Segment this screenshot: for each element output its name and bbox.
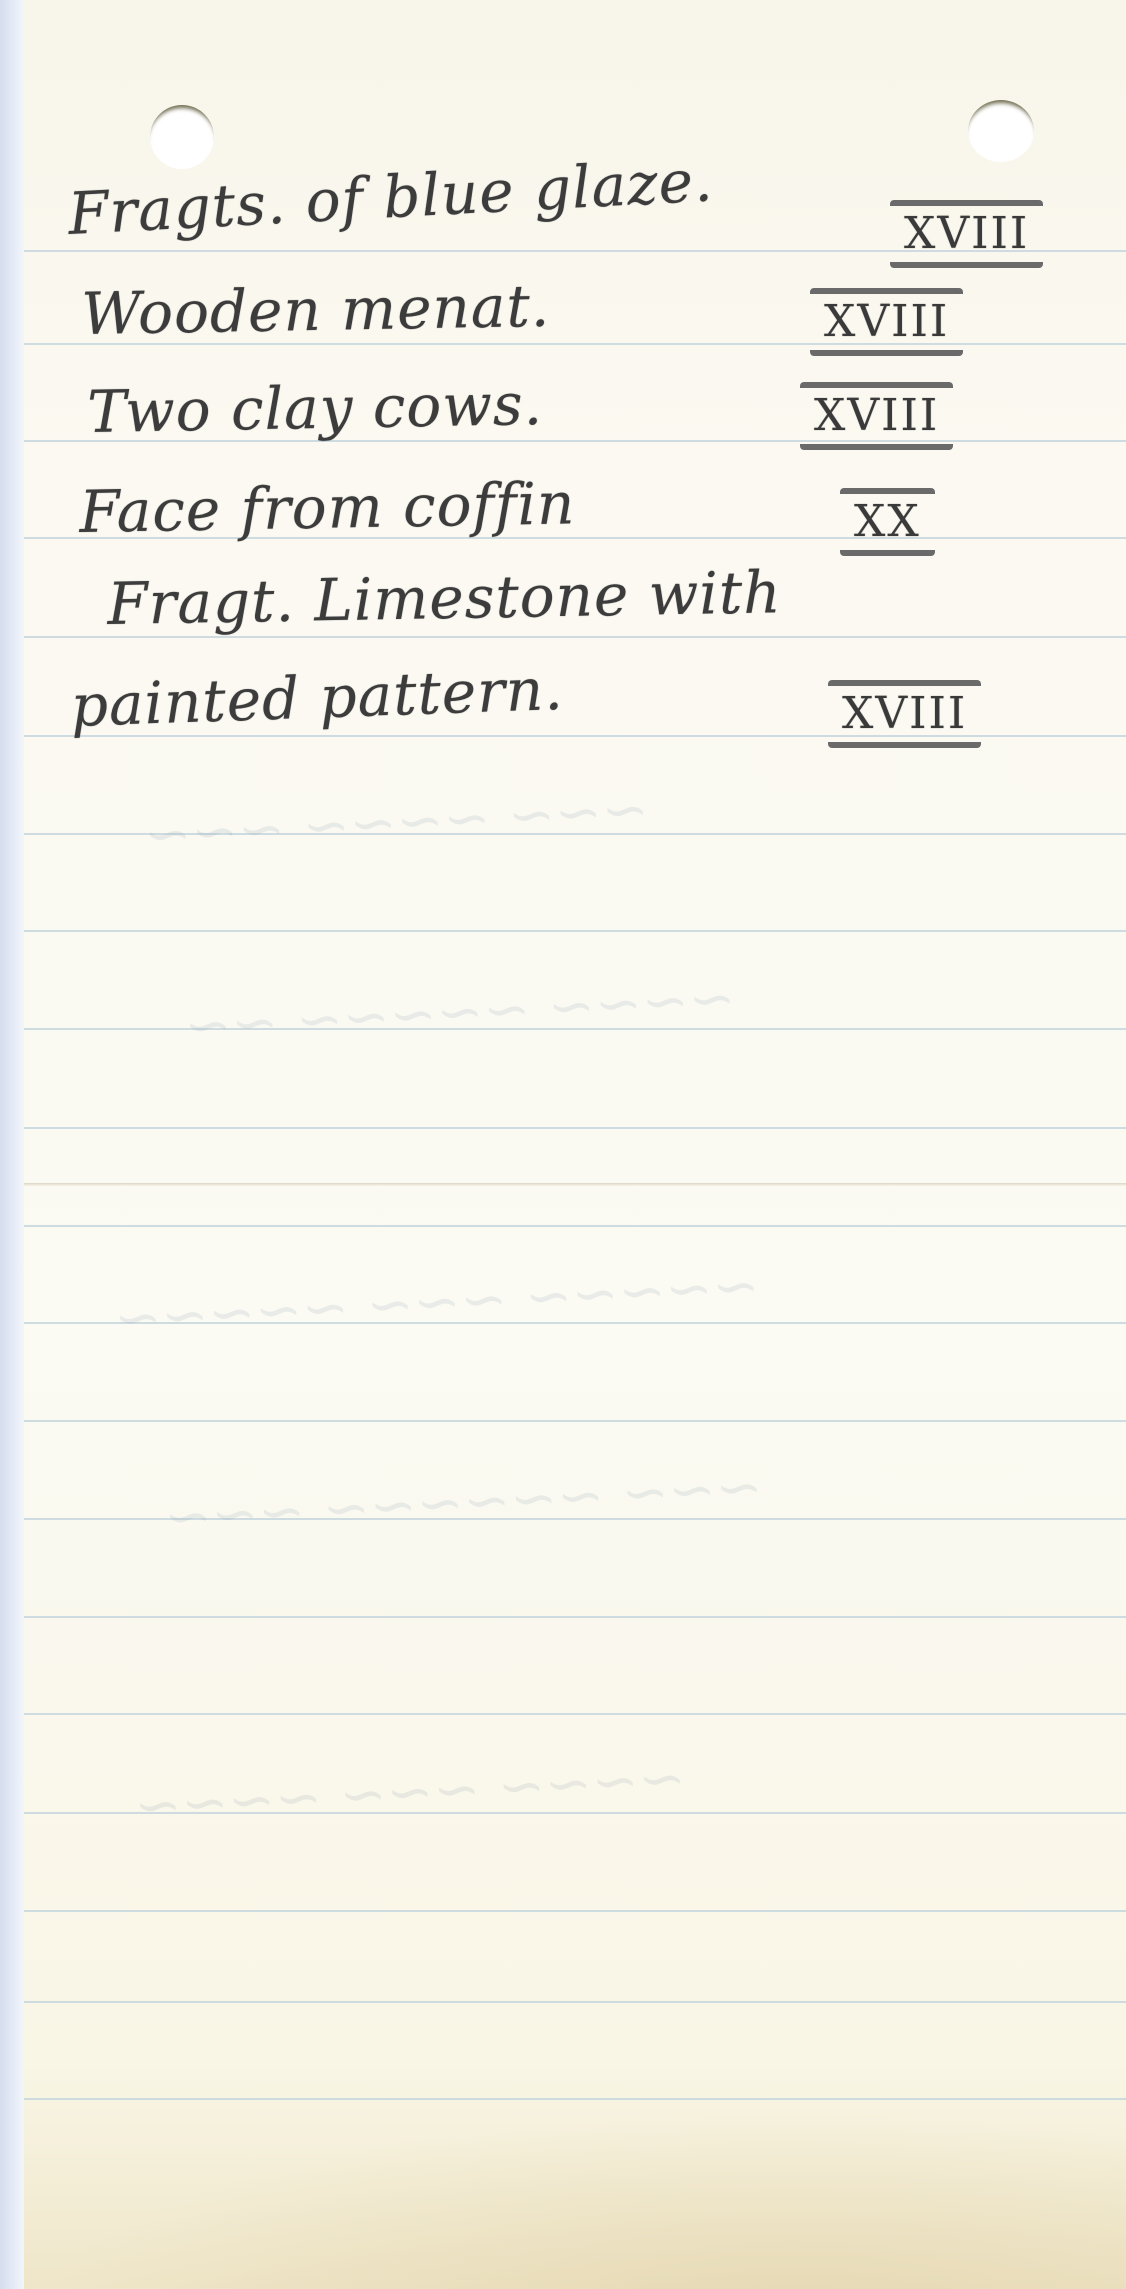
ruled-line — [24, 2001, 1126, 2003]
scan-background-edge — [0, 0, 24, 2289]
ruled-line — [24, 1127, 1126, 1129]
ruled-line — [24, 1910, 1126, 1912]
entry-4-reference: XX — [840, 488, 935, 556]
show-through-marks: ~~~~ ~~~~~ ~~ — [183, 966, 737, 1060]
show-through-marks: ~~~~~ ~~~ ~~~~~ — [113, 1253, 761, 1352]
fold-crease — [24, 1183, 1126, 1186]
punch-hole-right — [968, 100, 1034, 162]
ruled-line — [24, 1713, 1126, 1715]
entry-2-reference: XVIII — [810, 288, 963, 356]
ruled-line — [24, 1616, 1126, 1618]
show-through-marks: ~~~ ~~~~~~ ~~~ — [163, 1454, 764, 1550]
entry-5-text-continued: painted pattern. — [70, 655, 565, 740]
entry-3-reference: XVIII — [800, 382, 953, 450]
ruled-line — [24, 930, 1126, 932]
ruled-line — [24, 1225, 1126, 1227]
ruled-line — [24, 2098, 1126, 2100]
entry-4-text: Face from coffin — [79, 469, 576, 546]
entry-1-reference: XVIII — [890, 200, 1043, 268]
note-card: ~~~ ~~~~ ~~~ ~~~~ ~~~~~ ~~ ~~~~~ ~~~ ~~~… — [24, 0, 1126, 2289]
show-through-marks: ~~~ ~~~~ ~~~ — [143, 777, 651, 868]
ruled-line — [24, 1420, 1126, 1422]
entry-2-text: Wooden menat. — [81, 272, 551, 348]
entry-3-text: Two clay cows. — [87, 370, 544, 446]
entry-5-text: Fragt. Limestone with — [107, 558, 782, 638]
show-through-marks: ~~~~ ~~~ ~~~~ — [133, 1746, 687, 1840]
entry-5-reference: XVIII — [828, 680, 981, 748]
punch-hole-left — [150, 105, 214, 169]
